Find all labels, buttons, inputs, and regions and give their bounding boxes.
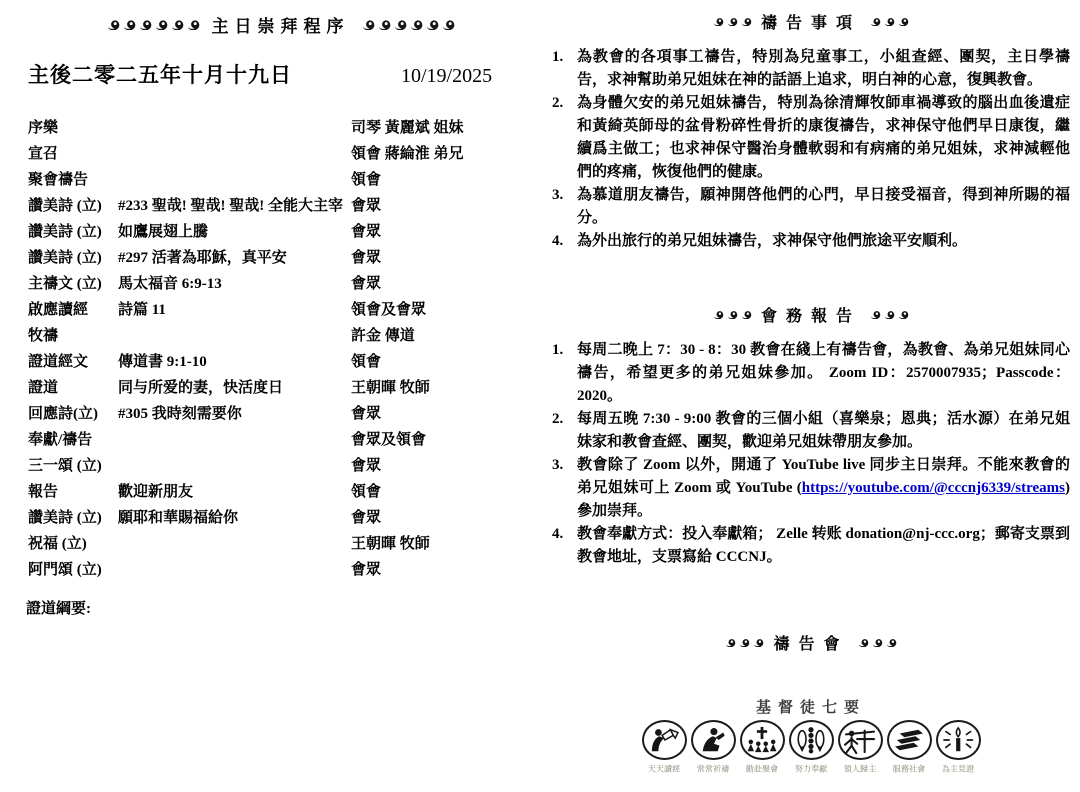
essential-label: 為主見證: [942, 763, 974, 775]
list-item: 2.為身體欠安的弟兄姐妹禱告，特別為徐清輝牧師車禍導致的腦出血後遺症和黃綺英師母…: [552, 92, 1070, 184]
program-person: 領會: [351, 168, 533, 189]
seven-essentials-icons: 天天讀經 常常祈禱: [552, 720, 1070, 775]
item-number: 2.: [552, 408, 577, 454]
program-person: 會眾: [351, 506, 533, 527]
youtube-live-link[interactable]: https://youtube.com/@cccnj6339/streams: [802, 480, 1065, 496]
program-person: 王朝暉 牧師: [351, 376, 533, 397]
church-report-header: 會務報告: [552, 303, 1070, 326]
item-text: 為身體欠安的弟兄姐妹禱告，特別為徐清輝牧師車禍導致的腦出血後遺症和黃綺英師母的盆…: [577, 92, 1070, 184]
program-detail: 願耶和華賜福給你: [118, 506, 351, 527]
item-text: 每周五晚 7:30 - 9:00 教會的三個小組（喜樂泉；恩典；活水源）在弟兄姐…: [577, 408, 1070, 454]
list-item: 4.為外出旅行的弟兄姐妹禱告，求神保守他們旅途平安順利。: [552, 230, 1070, 253]
item-text: 教會除了 Zoom 以外，開通了 YouTube live 同步主日崇拜。不能來…: [577, 454, 1070, 523]
item-number: 3.: [552, 454, 577, 523]
program-row: 回應詩(立)#305 我時刻需要你會眾: [28, 399, 533, 425]
program-detail: 歡迎新朋友: [118, 480, 351, 501]
program-item: 回應詩(立): [28, 402, 118, 423]
ornament-swirl-left: [713, 17, 752, 26]
list-item: 3.教會除了 Zoom 以外，開通了 YouTube live 同步主日崇拜。不…: [552, 454, 1070, 523]
program-item: 序樂: [28, 116, 118, 137]
program-person: 王朝暉 牧師: [351, 532, 533, 553]
item-number: 3.: [552, 184, 577, 230]
program-item: 啟應讀經: [28, 298, 118, 319]
read-bible-icon: [642, 720, 687, 760]
item-text-pre: 每周五晚 7:30 - 9:00 教會的三個小組（喜樂泉；恩典；活水源）在弟兄姐…: [577, 411, 1070, 450]
item-number: 4.: [552, 523, 577, 569]
item-text-pre: 教會奉獻方式：投入奉獻箱； Zelle 转账 donation@nj-ccc.o…: [577, 526, 1070, 565]
program-person: 領會: [351, 480, 533, 501]
program-item: 牧禱: [28, 324, 118, 345]
program-row: 序樂司琴 黃麗斌 姐妹: [28, 113, 533, 139]
ornament-swirl-left: [725, 638, 764, 647]
program-person: 會眾: [351, 220, 533, 241]
program-row: 讚美詩 (立)#297 活著為耶穌，真平安會眾: [28, 243, 533, 269]
date-chinese: 主後二零二五年十月十九日: [28, 59, 401, 89]
essential-item: 常常祈禱: [690, 720, 737, 775]
ornament-swirl-right: [870, 17, 909, 26]
program-row: 證道經文傳道書 9:1-10領會: [28, 347, 533, 373]
program-item: 讚美詩 (立): [28, 194, 118, 215]
essential-label: 常常祈禱: [697, 763, 729, 775]
item-number: 1.: [552, 46, 577, 92]
sermon-outline-label: 證道綱要:: [26, 597, 533, 618]
program-person: 許金 傳道: [351, 324, 533, 345]
program-item: 主禱文 (立): [28, 272, 118, 293]
program-detail: #297 活著為耶穌，真平安: [118, 246, 351, 267]
program-detail: #233 聖哉! 聖哉! 聖哉! 全能大主宰: [118, 194, 351, 215]
essential-label: 領人歸主: [844, 763, 876, 775]
program-row: 宣召領會 蔣綸淮 弟兄: [28, 139, 533, 165]
program-row: 讚美詩 (立)願耶和華賜福給你會眾: [28, 503, 533, 529]
prayer-items-header: 禱告事項: [552, 10, 1070, 33]
date-row: 主後二零二五年十月十九日 10/19/2025: [28, 59, 533, 89]
item-text: 為外出旅行的弟兄姐妹禱告，求神保守他們旅途平安順利。: [577, 230, 1070, 253]
program-person: 會眾: [351, 246, 533, 267]
item-text: 每周二晚上 7：30 - 8：30 教會在綫上有禱告會，為教會、為弟兄姐妹同心禱…: [577, 339, 1070, 408]
list-item: 1.每周二晚上 7：30 - 8：30 教會在綫上有禱告會，為教會、為弟兄姐妹同…: [552, 339, 1070, 408]
worship-program-header: 主日崇拜程序: [28, 12, 533, 37]
program-row: 祝福 (立)王朝暉 牧師: [28, 529, 533, 555]
essential-label: 服務社會: [893, 763, 925, 775]
program-person: 領會: [351, 350, 533, 371]
program-item: 三一頌 (立): [28, 454, 118, 475]
program-detail: 傳道書 9:1-10: [118, 350, 351, 371]
program-person: 領會及會眾: [351, 298, 533, 319]
program-item: 宣召: [28, 142, 118, 163]
program-person: 會眾及領會: [351, 428, 533, 449]
church-report-list: 1.每周二晚上 7：30 - 8：30 教會在綫上有禱告會，為教會、為弟兄姐妹同…: [552, 339, 1070, 569]
ornament-swirl-left: [713, 310, 752, 319]
program-person: 會眾: [351, 194, 533, 215]
ornament-swirl-right: [870, 310, 909, 319]
item-number: 1.: [552, 339, 577, 408]
prayer-items-list: 1.為教會的各項事工禱告，特別為兒童事工，小組查經、團契，主日學禱告，求神幫助弟…: [552, 46, 1070, 253]
worship-program-section: 主日崇拜程序 主後二零二五年十月十九日 10/19/2025 序樂司琴 黃麗斌 …: [28, 12, 533, 618]
pray-icon: [691, 720, 736, 760]
ornament-swirl-left: [107, 19, 200, 30]
list-item: 3.為慕道朋友禱告，願神開啓他們的心門，早日接受福音，得到神所賜的福分。: [552, 184, 1070, 230]
ornament-swirl-right: [362, 19, 455, 30]
page-title: 主日崇拜程序: [212, 12, 350, 37]
program-detail: 如鷹展翅上騰: [118, 220, 351, 241]
program-person: 會眾: [351, 272, 533, 293]
program-item: 阿門頌 (立): [28, 558, 118, 579]
witness-candle-icon: [936, 720, 981, 760]
program-person: 領會 蔣綸淮 弟兄: [351, 142, 533, 163]
item-text: 為慕道朋友禱告，願神開啓他們的心門，早日接受福音，得到神所賜的福分。: [577, 184, 1070, 230]
church-report-title: 會務報告: [761, 303, 861, 326]
program-item: 讚美詩 (立): [28, 246, 118, 267]
program-person: 會眾: [351, 402, 533, 423]
prayer-meeting-header: 禱告會: [552, 631, 1070, 654]
program-item: 報告: [28, 480, 118, 501]
program-row: 讚美詩 (立)#233 聖哉! 聖哉! 聖哉! 全能大主宰會眾: [28, 191, 533, 217]
essential-item: 勤赴聚會: [739, 720, 786, 775]
item-text-pre: 每周二晚上 7：30 - 8：30 教會在綫上有禱告會，為教會、為弟兄姐妹同心禱…: [577, 342, 1070, 404]
list-item: 1.為教會的各項事工禱告，特別為兒童事工，小組查經、團契，主日學禱告，求神幫助弟…: [552, 46, 1070, 92]
item-number: 4.: [552, 230, 577, 253]
program-row: 聚會禱告領會: [28, 165, 533, 191]
essential-label: 勤赴聚會: [746, 763, 778, 775]
essential-item: 天天讀經: [641, 720, 688, 775]
prayer-meeting-title: 禱告會: [773, 631, 848, 654]
item-text: 為教會的各項事工禱告，特別為兒童事工，小組查經、團契，主日學禱告，求神幫助弟兄姐…: [577, 46, 1070, 92]
program-row: 證道同与所爱的妻，快活度日王朝暉 牧師: [28, 373, 533, 399]
essential-item: 領人歸主: [837, 720, 884, 775]
essential-item: 努力奉獻: [788, 720, 835, 775]
essential-label: 天天讀經: [648, 763, 680, 775]
program-row: 讚美詩 (立)如鷹展翅上騰會眾: [28, 217, 533, 243]
program-detail: 詩篇 11: [118, 298, 351, 319]
seven-essentials-title: 基督徒七要: [552, 696, 1070, 717]
program-detail: #305 我時刻需要你: [118, 402, 351, 423]
essential-item: 為主見證: [935, 720, 982, 775]
item-text: 教會奉獻方式：投入奉獻箱； Zelle 转账 donation@nj-ccc.o…: [577, 523, 1070, 569]
program-row: 主禱文 (立)馬太福音 6:9-13會眾: [28, 269, 533, 295]
serve-society-icon: [887, 720, 932, 760]
list-item: 2.每周五晚 7:30 - 9:00 教會的三個小組（喜樂泉；恩典；活水源）在弟…: [552, 408, 1070, 454]
essential-item: 服務社會: [886, 720, 933, 775]
program-detail: 同与所爱的妻，快活度日: [118, 376, 351, 397]
lead-to-lord-icon: [838, 720, 883, 760]
program-item: 祝福 (立): [28, 532, 118, 553]
program-row: 啟應讀經詩篇 11領會及會眾: [28, 295, 533, 321]
item-number: 2.: [552, 92, 577, 184]
program-item: 證道經文: [28, 350, 118, 371]
program-item: 讚美詩 (立): [28, 220, 118, 241]
program-row: 報告歡迎新朋友領會: [28, 477, 533, 503]
program-person: 會眾: [351, 558, 533, 579]
seven-essentials-graphic: 基督徒七要 天天讀經: [552, 696, 1070, 775]
date-numeric: 10/19/2025: [401, 65, 533, 88]
program-item: 證道: [28, 376, 118, 397]
list-item: 4.教會奉獻方式：投入奉獻箱； Zelle 转账 donation@nj-ccc…: [552, 523, 1070, 569]
program-row: 三一頌 (立)會眾: [28, 451, 533, 477]
program-table: 序樂司琴 黃麗斌 姐妹 宣召領會 蔣綸淮 弟兄 聚會禱告領會 讚美詩 (立)#2…: [28, 113, 533, 581]
program-row: 阿門頌 (立)會眾: [28, 555, 533, 581]
attend-meeting-icon: [740, 720, 785, 760]
program-detail: 馬太福音 6:9-13: [118, 272, 351, 293]
program-row: 牧禱許金 傳道: [28, 321, 533, 347]
program-item: 聚會禱告: [28, 168, 118, 189]
program-item: 奉獻/禱告: [28, 428, 118, 449]
essential-label: 努力奉獻: [795, 763, 827, 775]
program-person: 會眾: [351, 454, 533, 475]
prayer-items-title: 禱告事項: [761, 10, 861, 33]
program-person: 司琴 黃麗斌 姐妹: [351, 116, 533, 137]
program-item: 讚美詩 (立): [28, 506, 118, 527]
announcements-section: 禱告事項 1.為教會的各項事工禱告，特別為兒童事工，小組查經、團契，主日學禱告，…: [552, 10, 1070, 775]
offering-icon: [789, 720, 834, 760]
ornament-swirl-right: [858, 638, 897, 647]
program-row: 奉獻/禱告會眾及領會: [28, 425, 533, 451]
